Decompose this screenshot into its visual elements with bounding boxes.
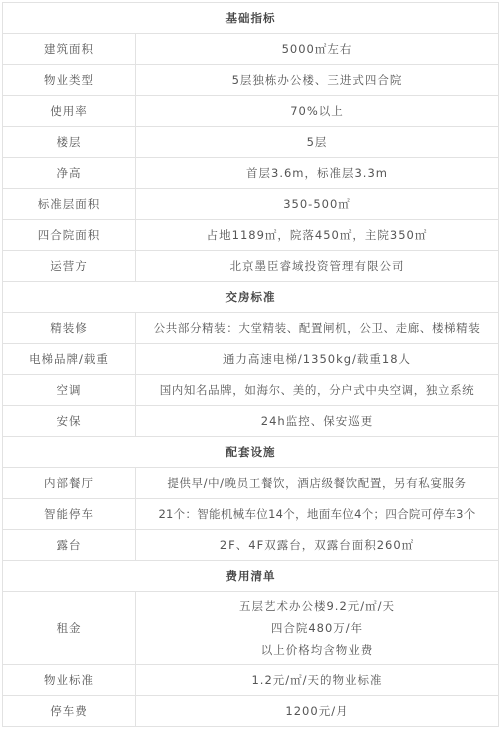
property-info-table: 基础指标 建筑面积 5000㎡左右 物业类型 5层独栋办公楼、三进式四合院 使用…: [2, 2, 499, 727]
row-value: 占地1189㎡，院落450㎡，主院350㎡: [136, 220, 499, 251]
row-label: 使用率: [3, 96, 136, 127]
table-row: 物业标准 1.2元/㎡/天的物业标准: [3, 665, 499, 696]
row-label: 安保: [3, 406, 136, 437]
section-header-row: 费用清单: [3, 561, 499, 592]
row-value: 1200元/月: [136, 696, 499, 727]
section-title-delivery-standard: 交房标准: [3, 282, 499, 313]
row-label: 空调: [3, 375, 136, 406]
row-label: 物业类型: [3, 65, 136, 96]
table-row: 露台 2F、4F双露台，双露台面积260㎡: [3, 530, 499, 561]
row-label: 建筑面积: [3, 34, 136, 65]
row-value: 公共部分精装：大堂精装、配置闸机，公卫、走廊、楼梯精装: [136, 313, 499, 344]
row-value: 首层3.6m，标准层3.3m: [136, 158, 499, 189]
rent-line-note: 以上价格均含物业费: [140, 639, 494, 661]
row-label: 露台: [3, 530, 136, 561]
table-row: 空调 国内知名品牌，如海尔、美的，分户式中央空调，独立系统: [3, 375, 499, 406]
table-row: 租金 五层艺术办公楼9.2元/㎡/天 四合院480万/年 以上价格均含物业费: [3, 592, 499, 665]
row-label: 精装修: [3, 313, 136, 344]
row-value: 2F、4F双露台，双露台面积260㎡: [136, 530, 499, 561]
row-label: 内部餐厅: [3, 468, 136, 499]
row-value: 24h监控、保安巡更: [136, 406, 499, 437]
table-row: 安保 24h监控、保安巡更: [3, 406, 499, 437]
table-row: 标准层面积 350-500㎡: [3, 189, 499, 220]
row-label: 停车费: [3, 696, 136, 727]
section-title-facilities: 配套设施: [3, 437, 499, 468]
section-header-row: 配套设施: [3, 437, 499, 468]
row-value: 21个：智能机械车位14个，地面车位4个；四合院可停车3个: [136, 499, 499, 530]
section-title-basic-indicators: 基础指标: [3, 3, 499, 34]
section-title-cost-list: 费用清单: [3, 561, 499, 592]
row-label: 物业标准: [3, 665, 136, 696]
table-row: 电梯品牌/载重 通力高速电梯/1350kg/载重18人: [3, 344, 499, 375]
table-row: 物业类型 5层独栋办公楼、三进式四合院: [3, 65, 499, 96]
table-row: 净高 首层3.6m，标准层3.3m: [3, 158, 499, 189]
row-value: 5层: [136, 127, 499, 158]
row-value: 提供早/中/晚员工餐饮，酒店级餐饮配置，另有私宴服务: [136, 468, 499, 499]
row-label: 电梯品牌/载重: [3, 344, 136, 375]
row-value: 5层独栋办公楼、三进式四合院: [136, 65, 499, 96]
section-header-row: 交房标准: [3, 282, 499, 313]
row-label: 四合院面积: [3, 220, 136, 251]
row-value: 北京墨臣睿域投资管理有限公司: [136, 251, 499, 282]
table-row: 精装修 公共部分精装：大堂精装、配置闸机，公卫、走廊、楼梯精装: [3, 313, 499, 344]
row-label: 租金: [3, 592, 136, 665]
row-value: 5000㎡左右: [136, 34, 499, 65]
table-row: 停车费 1200元/月: [3, 696, 499, 727]
row-label: 净高: [3, 158, 136, 189]
row-value-multiline: 五层艺术办公楼9.2元/㎡/天 四合院480万/年 以上价格均含物业费: [136, 592, 499, 665]
table-row: 智能停车 21个：智能机械车位14个，地面车位4个；四合院可停车3个: [3, 499, 499, 530]
property-info-table-container: 基础指标 建筑面积 5000㎡左右 物业类型 5层独栋办公楼、三进式四合院 使用…: [2, 2, 498, 727]
row-value: 350-500㎡: [136, 189, 499, 220]
table-row: 楼层 5层: [3, 127, 499, 158]
table-row: 内部餐厅 提供早/中/晚员工餐饮，酒店级餐饮配置，另有私宴服务: [3, 468, 499, 499]
rent-line-courtyard: 四合院480万/年: [140, 617, 494, 639]
row-label: 楼层: [3, 127, 136, 158]
row-value: 通力高速电梯/1350kg/载重18人: [136, 344, 499, 375]
table-row: 建筑面积 5000㎡左右: [3, 34, 499, 65]
table-row: 使用率 70%以上: [3, 96, 499, 127]
row-label: 智能停车: [3, 499, 136, 530]
rent-line-office: 五层艺术办公楼9.2元/㎡/天: [140, 595, 494, 617]
row-label: 运营方: [3, 251, 136, 282]
table-row: 运营方 北京墨臣睿域投资管理有限公司: [3, 251, 499, 282]
table-row: 四合院面积 占地1189㎡，院落450㎡，主院350㎡: [3, 220, 499, 251]
section-header-row: 基础指标: [3, 3, 499, 34]
row-value: 国内知名品牌，如海尔、美的，分户式中央空调，独立系统: [136, 375, 499, 406]
row-value: 70%以上: [136, 96, 499, 127]
row-label: 标准层面积: [3, 189, 136, 220]
row-value: 1.2元/㎡/天的物业标准: [136, 665, 499, 696]
